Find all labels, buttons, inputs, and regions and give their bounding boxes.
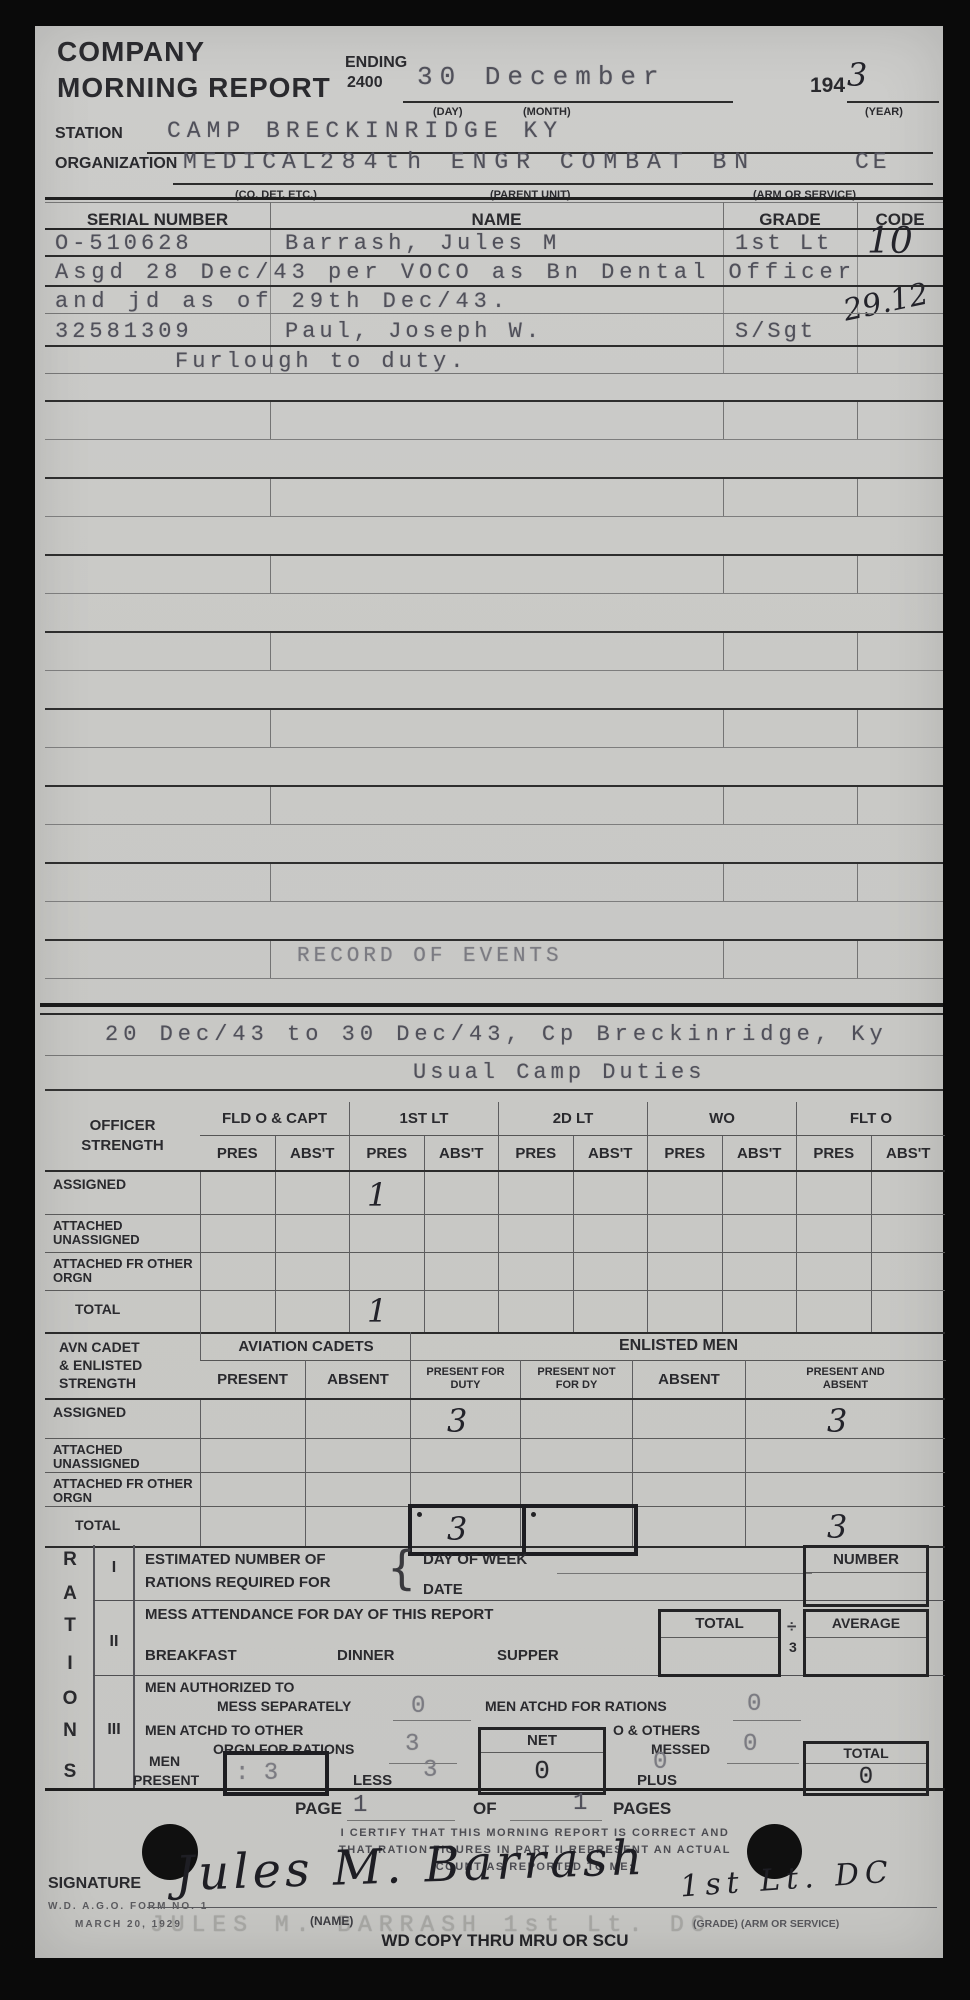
- signature-label: SIGNATURE: [48, 1875, 141, 1893]
- cadet-sub-header-row: PRESENT ABSENT PRESENT FOR DUTY PRESENT …: [200, 1360, 945, 1398]
- officer-sub-header-row: PRES ABS'T PRES ABS'T PRES ABS'T PRES AB…: [200, 1136, 945, 1170]
- rations-letter: R: [55, 1549, 85, 1571]
- cadet-row-attached-fr-other: ATTACHED FR OTHER ORGN: [45, 1472, 945, 1507]
- cadet-col-absent: ABSENT: [305, 1360, 410, 1398]
- pages-line: [510, 1820, 602, 1821]
- station-label: STATION: [55, 125, 123, 143]
- empty-roster-row: [45, 708, 943, 748]
- date-underline: [403, 101, 733, 103]
- enlisted-men-group-header: ENLISTED MEN: [410, 1332, 946, 1361]
- roster-row-rule: [45, 373, 943, 374]
- empty-roster-row: [45, 631, 943, 671]
- empty-roster-row: [45, 477, 943, 517]
- rations-letter: A: [55, 1583, 85, 1605]
- of-label: OF: [473, 1799, 497, 1819]
- paper-sheet: COMPANY MORNING REPORT ENDING 2400 30 De…: [35, 26, 943, 1958]
- ending-label: ENDING: [345, 54, 407, 72]
- messed-line: [727, 1763, 799, 1764]
- form-id-line1: W.D. A.G.O. FORM NO. 1: [48, 1901, 208, 1912]
- officer-group-header: FLD O & CAPT: [200, 1102, 349, 1136]
- net-box-label: NET: [481, 1732, 603, 1749]
- officer-row-attached-unassigned: ATTACHED UNASSIGNED: [45, 1214, 945, 1253]
- mess-attendance-label: MESS ATTENDANCE FOR DAY OF THIS REPORT: [145, 1606, 493, 1623]
- year-handwritten: 3: [847, 56, 867, 94]
- officer-row-label: ATTACHED FR OTHER ORGN: [45, 1252, 200, 1290]
- roster-header-name: NAME: [270, 210, 723, 230]
- rations-letter: I: [55, 1653, 85, 1675]
- divide-sign: ÷: [787, 1617, 796, 1637]
- day-of-week-line: [557, 1573, 812, 1574]
- cadet-assigned-present-and-absent-value: 3: [827, 1402, 847, 1440]
- cadet-table-corner-label: AVN CADET & ENLISTED STRENGTH: [45, 1338, 214, 1392]
- cadet-assigned-present-for-duty-value: 3: [447, 1402, 467, 1440]
- section-divider-rule: [40, 1003, 943, 1007]
- scanned-morning-report: COMPANY MORNING REPORT ENDING 2400 30 De…: [0, 0, 970, 2000]
- events-rule: [45, 1055, 943, 1056]
- roster-row-rule: [45, 313, 943, 314]
- ending-2400-label: 2400: [347, 74, 383, 92]
- form-id-line2: MARCH 20, 1929: [75, 1919, 182, 1930]
- roster-row-rule: [45, 285, 943, 287]
- mess-separately-label: MESS SEPARATELY: [217, 1698, 351, 1714]
- wd-copy-label: WD COPY THRU MRU OR SCU: [335, 1931, 675, 1951]
- cadet-total-present-for-duty-value: 3: [447, 1510, 467, 1548]
- section-divider-rule-2: [40, 1013, 943, 1015]
- roster-header-divider: [857, 202, 858, 228]
- dinner-label: DINNER: [337, 1647, 395, 1664]
- number-box-label: NUMBER: [806, 1551, 926, 1568]
- ink-dot: [531, 1512, 536, 1517]
- mess-separately-line: [393, 1720, 471, 1721]
- cadet-row-label: ATTACHED UNASSIGNED: [45, 1438, 200, 1472]
- messed-value: 0: [743, 1731, 757, 1758]
- organization-label: ORGANIZATION: [55, 155, 177, 173]
- empty-roster-row: [45, 554, 943, 594]
- entry-grade: 1st Lt: [735, 231, 832, 256]
- o-and-others-label: O & OTHERS: [613, 1722, 700, 1738]
- rations-i-line1: ESTIMATED NUMBER OF: [145, 1551, 326, 1568]
- cadet-corner-line3: STRENGTH: [59, 1375, 136, 1391]
- officer-group-header: FLT O: [796, 1102, 945, 1136]
- mess-separately-value: 0: [411, 1693, 425, 1720]
- date-label: DATE: [423, 1581, 463, 1598]
- rations-letter: T: [55, 1615, 85, 1637]
- cadet-col-absent-enlisted: ABSENT: [632, 1360, 745, 1398]
- form-title-line2: MORNING REPORT: [57, 72, 331, 104]
- rations-i-line2: RATIONS REQUIRED FOR: [145, 1574, 331, 1591]
- handwritten-signature: Jules M. Barrash: [174, 1830, 647, 1902]
- officer-row-label: ASSIGNED: [45, 1172, 200, 1214]
- divisor-value: 3: [789, 1639, 797, 1655]
- entry-name: Paul, Joseph W.: [285, 319, 543, 344]
- empty-roster-row: [45, 785, 943, 825]
- organization-parent-value: 284th ENGR COMBAT BN: [320, 149, 756, 175]
- entry-note: Furlough to duty.: [175, 349, 467, 374]
- officer-corner-line1: OFFICER: [90, 1117, 156, 1134]
- breakfast-label: BREAKFAST: [145, 1647, 237, 1664]
- roster-top-rule-2: [45, 202, 943, 203]
- page-value: 1: [353, 1792, 367, 1819]
- supper-label: SUPPER: [497, 1647, 559, 1664]
- officer-sub-header-abst: ABS'T: [871, 1136, 946, 1170]
- roster-table: SERIAL NUMBER NAME GRADE CODE O-510628 B…: [45, 197, 945, 976]
- grade-arm-label: (GRADE) (ARM OR SERVICE): [693, 1918, 839, 1930]
- roster-row-rule: [45, 345, 943, 347]
- less-label: LESS: [353, 1772, 392, 1789]
- rations-part-i-numeral: I: [100, 1559, 128, 1577]
- signature-line: [147, 1907, 937, 1908]
- officer-assigned-1stlt-pres-value: 1: [367, 1176, 387, 1214]
- officer-sub-header-pres: PRES: [498, 1136, 573, 1170]
- page-label: PAGE: [295, 1799, 342, 1819]
- officer-row-assigned: ASSIGNED: [45, 1172, 945, 1215]
- mess-total-box: TOTAL: [658, 1609, 781, 1677]
- events-entry-line2: Usual Camp Duties: [413, 1060, 705, 1085]
- officer-sub-header-pres: PRES: [200, 1136, 275, 1170]
- empty-roster-row: [45, 400, 943, 440]
- organization-unit-value: MEDICAL: [183, 149, 322, 175]
- record-of-events-label: RECORD OF EVENTS: [297, 945, 563, 968]
- year-underline: [847, 101, 939, 103]
- organization-underline: [173, 183, 933, 185]
- officer-group-header: 2D LT: [498, 1102, 647, 1136]
- orgn-for-rations-value: 3: [405, 1731, 419, 1758]
- number-box-line: [806, 1572, 926, 1573]
- organization-arm-value: CE: [855, 149, 891, 175]
- officer-total-1stlt-pres-value: 1: [367, 1292, 387, 1330]
- report-date-value: 30 December: [417, 62, 666, 92]
- cadet-enlisted-table: AVN CADET & ENLISTED STRENGTH AVIATION C…: [45, 1332, 945, 1546]
- roster-column-divider: [723, 230, 724, 373]
- entry-name: Barrash, Jules M: [285, 231, 560, 256]
- rations-letter: O: [55, 1688, 85, 1710]
- officer-sub-header-abst: ABS'T: [722, 1136, 797, 1170]
- ink-dot: [417, 1512, 422, 1517]
- rations-letter: S: [55, 1761, 85, 1783]
- officer-row-attached-fr-other: ATTACHED FR OTHER ORGN: [45, 1252, 945, 1291]
- empty-roster-row: [45, 862, 943, 902]
- rations-divider: [133, 1545, 135, 1790]
- station-value: CAMP BRECKINRIDGE KY: [167, 118, 563, 144]
- officer-row-label: ATTACHED UNASSIGNED: [45, 1214, 200, 1252]
- officer-sub-header-pres: PRES: [796, 1136, 871, 1170]
- cadet-row-label: ATTACHED FR OTHER ORGN: [45, 1472, 200, 1506]
- mess-total-box-label: TOTAL: [661, 1615, 778, 1632]
- pages-label: PAGES: [613, 1799, 671, 1819]
- present-label: PRESENT: [133, 1772, 199, 1788]
- day-of-week-label: DAY OF WEEK: [423, 1551, 527, 1568]
- officer-row-label: TOTAL: [45, 1290, 200, 1332]
- officer-sub-header-pres: PRES: [349, 1136, 424, 1170]
- men-present-value: : 3: [235, 1760, 278, 1787]
- officer-row-total: TOTAL: [45, 1290, 945, 1334]
- rations-part-iii-numeral: III: [100, 1721, 128, 1739]
- cadet-row-attached-unassigned: ATTACHED UNASSIGNED: [45, 1438, 945, 1473]
- rations-letter: N: [55, 1720, 85, 1742]
- officer-table-corner-label: OFFICER STRENGTH: [45, 1116, 200, 1156]
- entry-grade: S/Sgt: [735, 319, 816, 344]
- cadet-col-present: PRESENT: [200, 1360, 305, 1398]
- year-label: (YEAR): [865, 106, 903, 118]
- less-value: 3: [423, 1757, 437, 1784]
- roster-header-grade: GRADE: [723, 210, 857, 230]
- rations-total-box-label: TOTAL: [806, 1745, 926, 1761]
- entry-note: Asgd 28 Dec/43 per VOCO as Bn Dental Off…: [55, 260, 856, 285]
- brace-glyph: {: [387, 1541, 416, 1595]
- officer-sub-header-abst: ABS'T: [424, 1136, 499, 1170]
- entry-note: and jd as of 29th Dec/43.: [55, 289, 510, 314]
- average-box-label: AVERAGE: [806, 1615, 926, 1631]
- cadet-col-present-for-duty: PRESENT FOR DUTY: [410, 1360, 520, 1398]
- pages-value: 1: [573, 1790, 587, 1817]
- entry-serial: 32581309: [55, 319, 193, 344]
- net-value: 0: [481, 1756, 603, 1786]
- men-present-handdrawn-box: : 3: [223, 1751, 329, 1796]
- cadet-total-present-and-absent-value: 3: [827, 1508, 847, 1546]
- year-printed: 194: [810, 74, 845, 98]
- average-box: AVERAGE: [803, 1609, 929, 1677]
- cadet-row-label: ASSIGNED: [45, 1400, 200, 1438]
- page-line: [347, 1820, 455, 1821]
- average-box-line: [806, 1637, 926, 1638]
- officer-sub-header-pres: PRES: [647, 1136, 722, 1170]
- month-label: (MONTH): [523, 106, 571, 118]
- form-title-line1: COMPANY: [57, 36, 205, 68]
- cadet-row-assigned: ASSIGNED: [45, 1400, 945, 1439]
- cadet-row-label: TOTAL: [45, 1506, 200, 1546]
- roster-header-serial: SERIAL NUMBER: [45, 210, 270, 230]
- name-label: (NAME): [310, 1914, 353, 1928]
- cadet-corner-line2: & ENLISTED: [59, 1357, 142, 1373]
- events-rule-2: [45, 1089, 943, 1091]
- men-label: MEN: [149, 1753, 180, 1769]
- mess-total-box-line: [661, 1637, 778, 1638]
- cadet-corner-line1: AVN CADET: [59, 1339, 140, 1355]
- plus-value: 0: [653, 1749, 667, 1776]
- officer-strength-table: OFFICER STRENGTH FLD O & CAPT 1ST LT 2D …: [45, 1102, 945, 1332]
- officer-corner-line2: STRENGTH: [81, 1137, 164, 1154]
- number-box: NUMBER: [803, 1545, 929, 1607]
- roster-header-bottom-rule: [45, 228, 943, 230]
- entry-serial: O-510628: [55, 231, 193, 256]
- officer-group-header: WO: [647, 1102, 796, 1136]
- rations-part-ii-numeral: II: [100, 1633, 128, 1651]
- roster-top-rule: [45, 197, 943, 200]
- roster-header-divider: [723, 202, 724, 228]
- rations-total-value: 0: [806, 1764, 926, 1791]
- events-entry-line1: 20 Dec/43 to 30 Dec/43, Cp Breckinridge,…: [105, 1022, 888, 1047]
- rations-total-box: TOTAL 0: [803, 1741, 929, 1796]
- cadet-col-present-not-for-duty: PRESENT NOT FOR DY: [520, 1360, 632, 1398]
- officer-group-header: 1ST LT: [349, 1102, 498, 1136]
- roster-row-rule: [45, 255, 943, 257]
- day-label: (DAY): [433, 106, 463, 118]
- aviation-cadets-group-header: AVIATION CADETS: [200, 1332, 411, 1361]
- men-atchd-for-rations-label: MEN ATCHD FOR RATIONS: [485, 1698, 667, 1714]
- men-atchd-for-rations-line: [733, 1720, 801, 1721]
- men-authorized-label: MEN AUTHORIZED TO: [145, 1679, 294, 1695]
- net-box: NET 0: [478, 1727, 606, 1795]
- rations-section: R A T I O N S I ESTIMATED NUMBER OF RATI…: [45, 1545, 945, 1790]
- cadet-col-present-and-absent: PRESENT AND ABSENT: [745, 1360, 945, 1398]
- officer-sub-header-abst: ABS'T: [275, 1136, 350, 1170]
- net-box-line: [481, 1752, 603, 1753]
- officer-sub-header-abst: ABS'T: [573, 1136, 648, 1170]
- officer-group-header-row: FLD O & CAPT 1ST LT 2D LT WO FLT O: [200, 1102, 945, 1136]
- rations-divider: [93, 1545, 95, 1790]
- men-atchd-other-label: MEN ATCHD TO OTHER: [145, 1722, 303, 1738]
- roster-header-divider: [270, 202, 271, 228]
- men-atchd-for-rations-value: 0: [747, 1691, 761, 1718]
